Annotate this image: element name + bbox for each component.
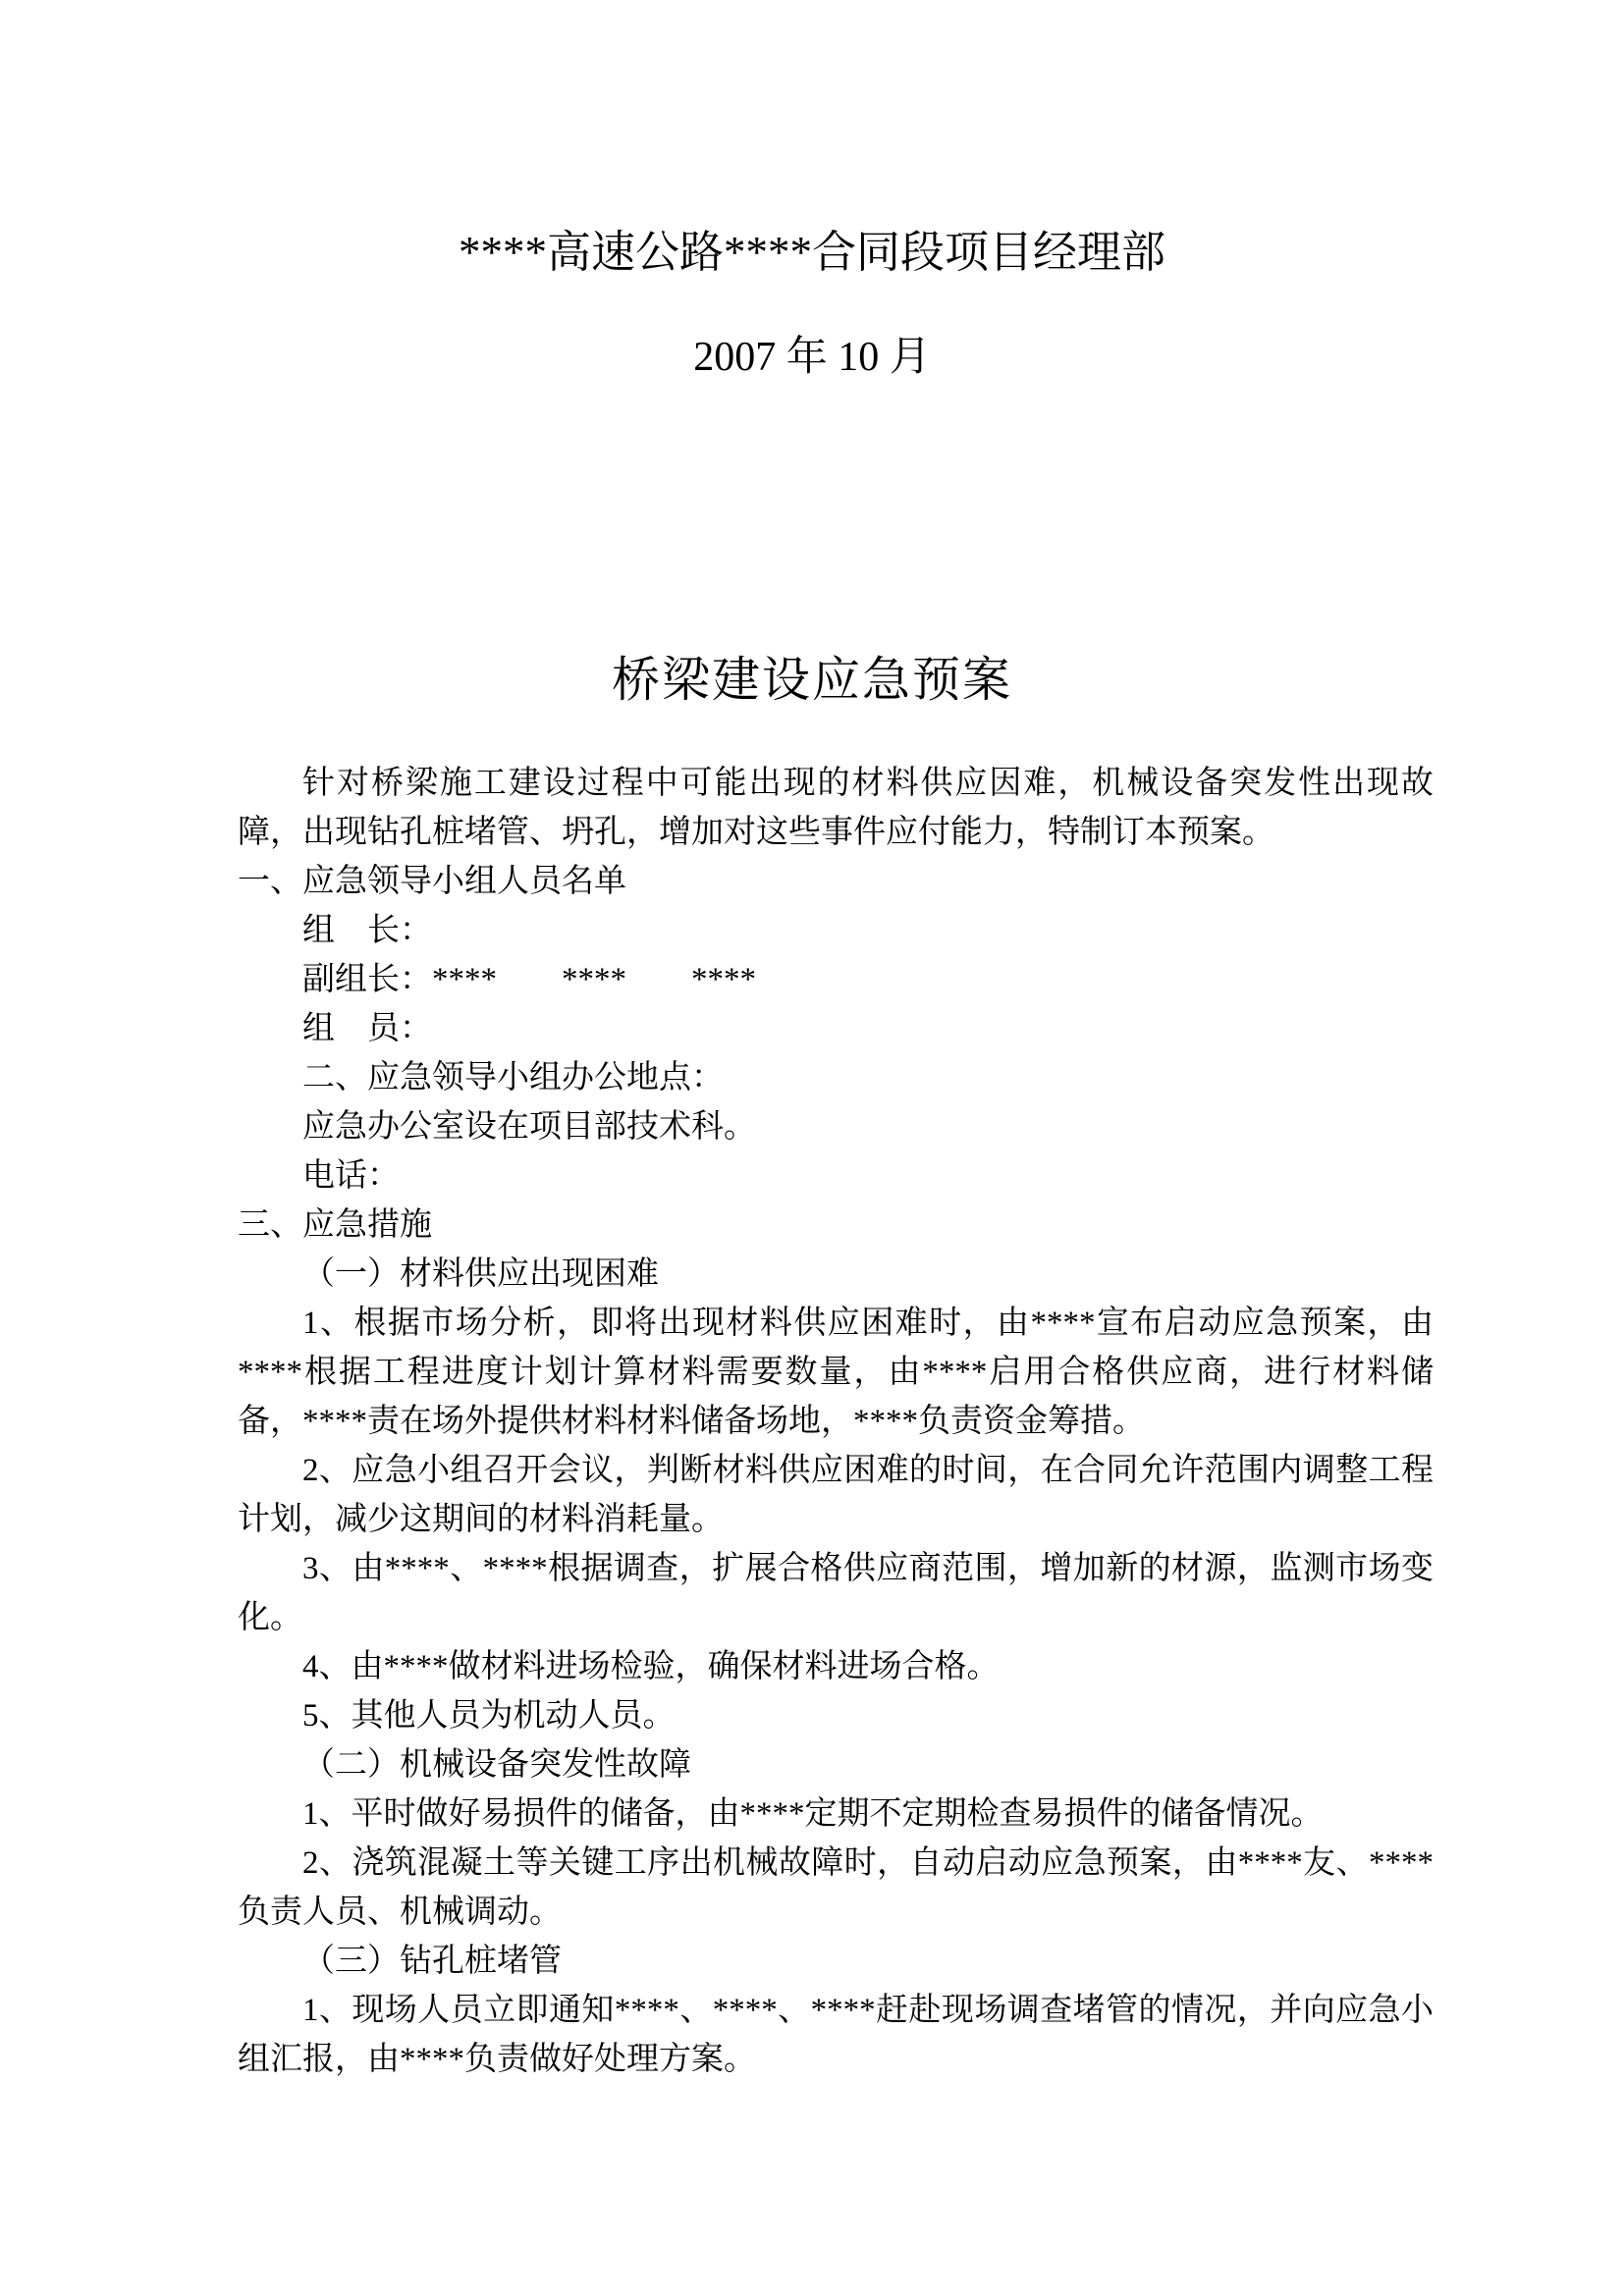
paragraph: 应急办公室设在项目部技术科。 xyxy=(238,1102,1434,1151)
paragraph: 3、由****、****根据调查，扩展合格供应商范围，增加新的材源，监测市场变化… xyxy=(238,1544,1434,1642)
paragraph: 2、应急小组召开会议，判断材料供应困难的时间，在合同允许范围内调整工程计划，减少… xyxy=(238,1446,1434,1544)
paragraph: 5、其他人员为机动人员。 xyxy=(238,1691,1434,1740)
paragraph: 1、根据市场分析，即将出现材料供应困难时，由****宣布启动应急预案，由****… xyxy=(238,1299,1434,1446)
paragraph: （三）钻孔桩堵管 xyxy=(238,1937,1434,1986)
paragraph: 1、平时做好易损件的储备，由****定期不定期检查易损件的储备情况。 xyxy=(238,1789,1434,1839)
paragraph: （二）机械设备突发性故障 xyxy=(238,1740,1434,1789)
document-page: ****高速公路****合同段项目经理部 2007 年 10 月 桥梁建设应急预… xyxy=(0,0,1624,2296)
paragraph: 电话： xyxy=(238,1151,1434,1201)
paragraph: 三、应急措施 xyxy=(238,1201,1434,1250)
paragraph: 副组长：**** **** **** xyxy=(238,955,1434,1004)
paragraph: 1、现场人员立即通知****、****、****赶赴现场调查堵管的情况，并向应急… xyxy=(238,1986,1434,2084)
paragraph: 组 长： xyxy=(238,906,1434,955)
paragraph: （一）材料供应出现困难 xyxy=(238,1250,1434,1299)
paragraph: 二、应急领导小组办公地点： xyxy=(238,1053,1434,1102)
page-title: 桥梁建设应急预案 xyxy=(0,648,1624,713)
org-title: ****高速公路****合同段项目经理部 xyxy=(0,0,1624,283)
date-line: 2007 年 10 月 xyxy=(0,330,1624,385)
paragraph: 2、浇筑混凝土等关键工序出机械故障时，自动启动应急预案，由****友、****负… xyxy=(238,1839,1434,1937)
paragraph: 一、应急领导小组人员名单 xyxy=(238,857,1434,906)
paragraph: 针对桥梁施工建设过程中可能出现的材料供应因难，机械设备突发性出现故障，出现钻孔桩… xyxy=(238,759,1434,857)
paragraph: 组 员： xyxy=(238,1004,1434,1053)
paragraph: 4、由****做材料进场检验，确保材料进场合格。 xyxy=(238,1642,1434,1691)
document-body: 针对桥梁施工建设过程中可能出现的材料供应因难，机械设备突发性出现故障，出现钻孔桩… xyxy=(238,759,1434,2084)
